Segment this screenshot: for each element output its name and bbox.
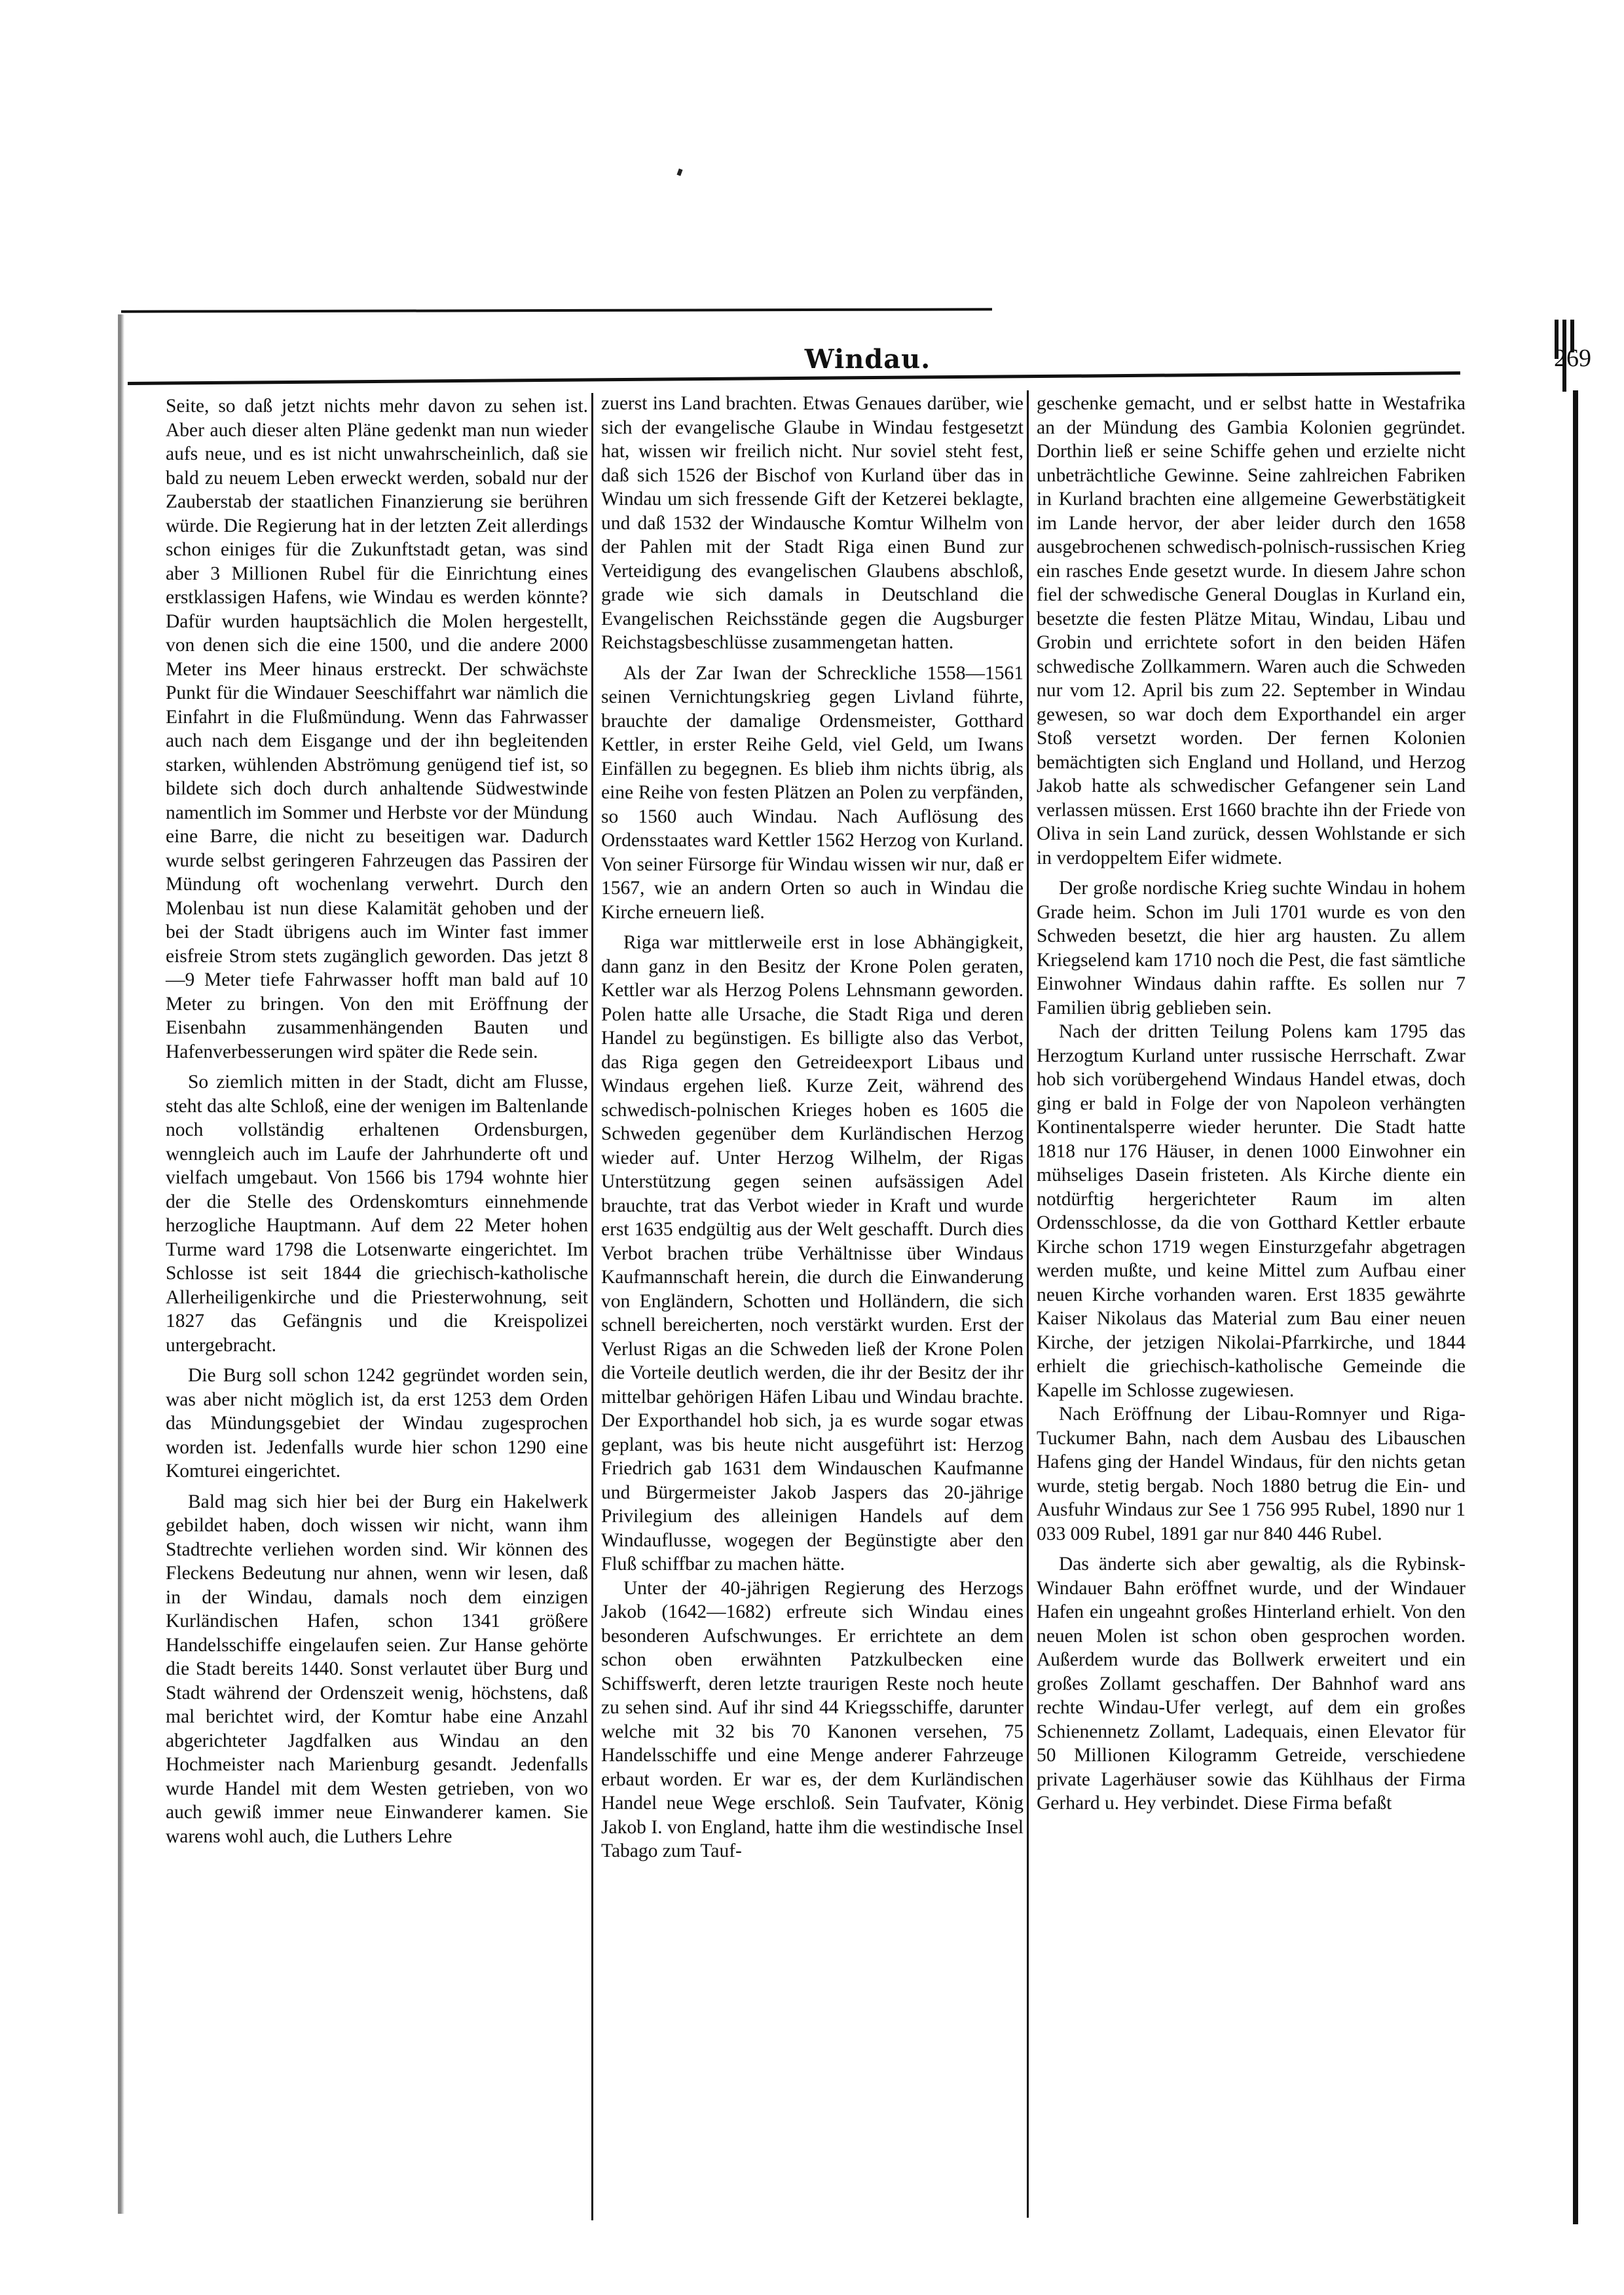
page-right-edge-rule [1573, 390, 1578, 2224]
paragraph: Die Burg soll schon 1242 gegründet worde… [166, 1364, 588, 1483]
print-speck [676, 168, 682, 176]
paragraph: Als der Zar Iwan der Schreckliche 1558—1… [601, 662, 1024, 925]
paragraph: So ziemlich mitten in der Stadt, dicht a… [166, 1070, 588, 1357]
paragraph: geschenke gemacht, und er selbst hatte i… [1037, 392, 1466, 870]
paragraph: zuerst ins Land brachten. Etwas Genaues … [601, 392, 1024, 655]
page-top-edge-rule [121, 308, 992, 312]
column-divider [1027, 390, 1029, 2218]
paragraph: Nach Eröffnung der Libau-Romnyer und Rig… [1037, 1402, 1466, 1546]
running-title: Windau. [131, 344, 1604, 375]
text-column-2: zuerst ins Land brachten. Etwas Genaues … [601, 392, 1024, 1870]
page-number: 269 [1554, 344, 1591, 373]
text-column-1: Seite, so daß jetzt nichts mehr davon zu… [166, 394, 588, 1855]
paragraph: Der große nordische Krieg suchte Windau … [1037, 876, 1466, 1020]
text-column-3: geschenke gemacht, und er selbst hatte i… [1037, 392, 1466, 1822]
page-left-edge-shadow [118, 314, 124, 2214]
paragraph: Seite, so daß jetzt nichts mehr davon zu… [166, 394, 588, 1064]
paragraph: Bald mag sich hier bei der Burg ein Hake… [166, 1490, 588, 1849]
paragraph: Nach der dritten Teilung Polens kam 1795… [1037, 1020, 1466, 1402]
paragraph: Das änderte sich aber gewaltig, als die … [1037, 1552, 1466, 1816]
paragraph: Riga war mittlerweile erst in lose Abhän… [601, 931, 1024, 1577]
column-divider [591, 393, 593, 2220]
paragraph: Unter der 40-jährigen Regierung des Herz… [601, 1577, 1024, 1863]
